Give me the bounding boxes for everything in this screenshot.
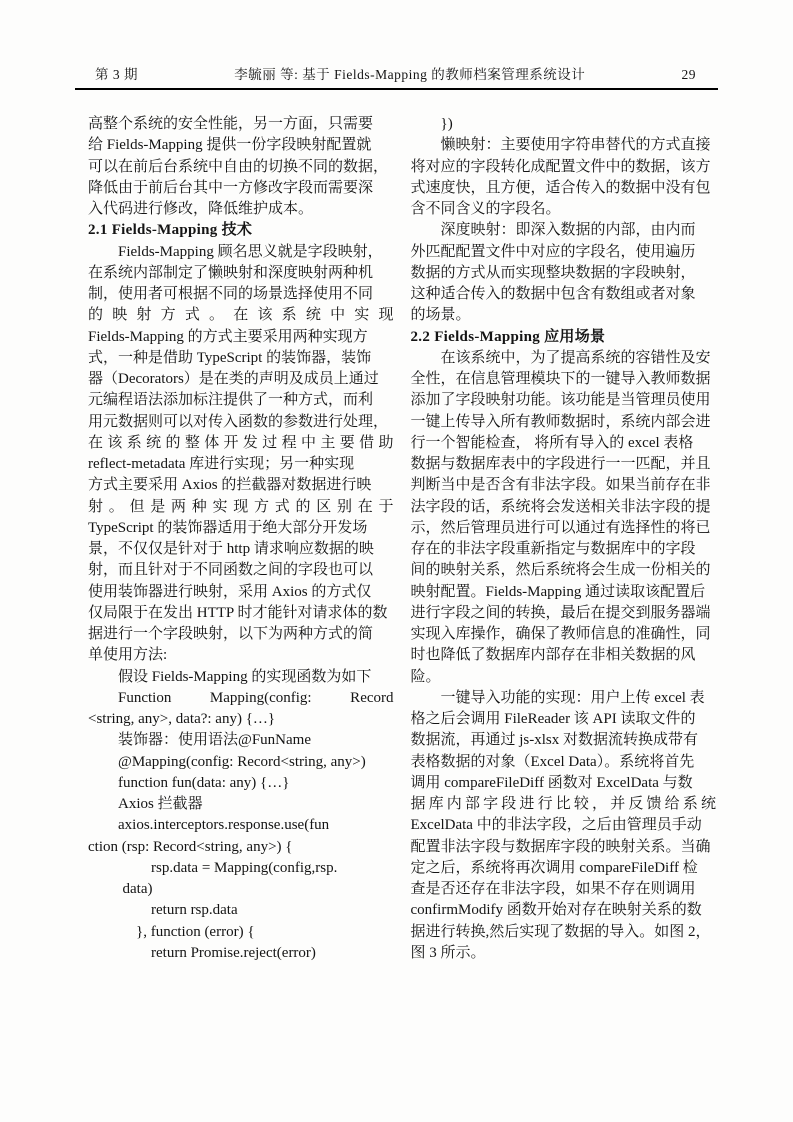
text-line: 配置非法字段与数据库字段的映射关系。当确: [411, 837, 717, 858]
text-line: confirmModify 函数开始对存在映射关系的数: [411, 900, 717, 921]
text-line: 射，而且针对于不同函数之间的字段也可以: [88, 560, 394, 581]
text-line: axios.interceptors.response.use(fun: [88, 815, 394, 836]
text-line: 制，使用者可根据不同的场景选择使用不同: [88, 284, 394, 305]
text-line: 在该系统中，为了提高系统的容错性及安: [411, 348, 717, 369]
text-line: }): [411, 114, 717, 135]
text-line: 在系统内部制定了懒映射和深度映射两种机: [88, 263, 394, 284]
text-line: 单使用方法:: [88, 645, 394, 666]
text-line: 射。但是两种实现方式的区别在于: [88, 497, 394, 518]
text-line: 器（Decorators）是在类的声明及成员上通过: [88, 369, 394, 390]
text-line: Fields-Mapping 的方式主要采用两种实现方: [88, 327, 394, 348]
text-line: 数据的方式从而实现整块数据的字段映射，: [411, 263, 717, 284]
text-line: function fun(data: any) {…}: [88, 773, 394, 794]
text-line: 一键导入功能的实现：用户上传 excel 表: [411, 688, 717, 709]
text-line: return Promise.reject(error): [88, 943, 394, 964]
text-line: 的场景。: [411, 305, 717, 326]
text-line: 映射配置。Fields-Mapping 通过读取该配置后: [411, 582, 717, 603]
text-line: 一键上传导入所有教师数据时，系统内部会进: [411, 412, 717, 433]
text-line: Axios 拦截器: [88, 794, 394, 815]
text-line: 用元数据则可以对传入函数的参数进行处理，: [88, 412, 394, 433]
text-line: 据进行转换,然后实现了数据的导入。如图 2，: [411, 922, 717, 943]
text-line: 定之后，系统将再次调用 compareFileDiff 检: [411, 858, 717, 879]
text-line: return rsp.data: [88, 900, 394, 921]
page-number: 29: [682, 67, 697, 83]
section-heading: 2.2 Fields-Mapping 应用场景: [411, 327, 717, 348]
text-line: ExcelData 中的非法字段，之后由管理员手动: [411, 815, 717, 836]
text-line: 的映射方式。在该系统中实现: [88, 305, 394, 326]
text-line: 式，一种是借助 TypeScript 的装饰器，装饰: [88, 348, 394, 369]
text-line: 可以在前后台系统中自由的切换不同的数据，: [88, 157, 394, 178]
text-line: 在该系统的整体开发过程中主要借助: [88, 433, 394, 454]
text-line: ction (rsp: Record<string, any>) {: [88, 837, 394, 858]
text-line: 高整个系统的安全性能，另一方面，只需要: [88, 114, 394, 135]
text-line: 使用装饰器进行映射，采用 Axios 的方式仅: [88, 582, 394, 603]
text-line: 查是否还存在非法字段，如果不存在则调用: [411, 879, 717, 900]
text-line: @Mapping(config: Record<string, any>): [88, 752, 394, 773]
text-line: 据进行一个字段映射，以下为两种方式的简: [88, 624, 394, 645]
text-line: <string, any>, data?: any) {…}: [88, 709, 394, 730]
text-line: 仅局限于在发出 HTTP 时才能针对请求体的数: [88, 603, 394, 624]
text-line: 将对应的字段转化成配置文件中的数据，该方: [411, 157, 717, 178]
text-line: 装饰器：使用语法@FunName: [88, 730, 394, 751]
text-line: 判断当中是否含有非法字段。如果当前存在非: [411, 475, 717, 496]
text-line: }, function (error) {: [88, 922, 394, 943]
section-heading: 2.1 Fields-Mapping 技术: [88, 220, 394, 241]
text-line: 法字段的话，系统将会发送相关非法字段的提: [411, 497, 717, 518]
text-line: 元编程语法添加标注提供了一种方式，而利: [88, 390, 394, 411]
text-line: 入代码进行修改，降低维护成本。: [88, 199, 394, 220]
text-line: 存在的非法字段重新指定与数据库中的字段: [411, 539, 717, 560]
left-column: 高整个系统的安全性能，另一方面，只需要给 Fields-Mapping 提供一份…: [88, 114, 394, 964]
text-line: TypeScript 的装饰器适用于绝大部分开发场: [88, 518, 394, 539]
right-column: })懒映射：主要使用字符串替代的方式直接将对应的字段转化成配置文件中的数据，该方…: [411, 114, 717, 964]
text-line: 降低由于前后台其中一方修改字段而需要深: [88, 178, 394, 199]
text-line: 实现入库操作，确保了教师信息的准确性，同: [411, 624, 717, 645]
text-line: 假设 Fields-Mapping 的实现函数为如下: [88, 667, 394, 688]
two-column-body: 高整个系统的安全性能，另一方面，只需要给 Fields-Mapping 提供一份…: [88, 114, 716, 964]
text-line: 式速度快，且方便，适合传入的数据中没有包: [411, 178, 717, 199]
text-line: 数据流，再通过 js-xlsx 对数据流转换成带有: [411, 730, 717, 751]
journal-issue: 第 3 期: [95, 63, 138, 83]
text-line: 含不同含义的字段名。: [411, 199, 717, 220]
text-line: rsp.data = Mapping(config,rsp.: [88, 858, 394, 879]
text-line: 添加了字段映射功能。该功能是当管理员使用: [411, 390, 717, 411]
text-line: 格之后会调用 FileReader 该 API 读取文件的: [411, 709, 717, 730]
text-line: 示，然后管理员进行可以通过有选择性的将已: [411, 518, 717, 539]
text-line: 时也降低了数据库内部存在非相关数据的风: [411, 645, 717, 666]
text-line: 险。: [411, 667, 717, 688]
text-line: 给 Fields-Mapping 提供一份字段映射配置就: [88, 135, 394, 156]
text-line: 据库内部字段进行比较，并反馈给系统: [411, 794, 717, 815]
text-line: 图 3 所示。: [411, 943, 717, 964]
text-line: 行一个智能检查， 将所有导入的 excel 表格: [411, 433, 717, 454]
text-line: 外匹配配置文件中对应的字段名，使用遍历: [411, 242, 717, 263]
text-line: 调用 compareFileDiff 函数对 ExcelData 与数: [411, 773, 717, 794]
text-line: 懒映射：主要使用字符串替代的方式直接: [411, 135, 717, 156]
page-header: 第 3 期 李毓丽 等: 基于 Fields-Mapping 的教师档案管理系统…: [75, 63, 718, 83]
text-line: 进行字段之间的转换，最后在提交到服务器端: [411, 603, 717, 624]
text-line: 全性，在信息管理模块下的一键导入教师数据: [411, 369, 717, 390]
text-line: 这种适合传入的数据中包含有数组或者对象: [411, 284, 717, 305]
text-line: 方式主要采用 Axios 的拦截器对数据进行映: [88, 475, 394, 496]
header-rule: [75, 88, 718, 90]
paper-page: 第 3 期 李毓丽 等: 基于 Fields-Mapping 的教师档案管理系统…: [0, 0, 793, 1122]
text-line: Function Mapping(config: Record: [88, 688, 394, 709]
text-line: 深度映射：即深入数据的内部，由内而: [411, 220, 717, 241]
text-line: Fields-Mapping 顾名思义就是字段映射，: [88, 242, 394, 263]
text-line: 表格数据的对象（Excel Data）。系统将首先: [411, 752, 717, 773]
text-line: reflect-metadata 库进行实现；另一种实现: [88, 454, 394, 475]
text-line: 间的映射关系，然后系统将会生成一份相关的: [411, 560, 717, 581]
text-line: 景，不仅仅是针对于 http 请求响应数据的映: [88, 539, 394, 560]
text-line: data): [88, 879, 394, 900]
text-line: 数据与数据库表中的字段进行一一匹配，并且: [411, 454, 717, 475]
running-title: 李毓丽 等: 基于 Fields-Mapping 的教师档案管理系统设计: [234, 63, 585, 83]
